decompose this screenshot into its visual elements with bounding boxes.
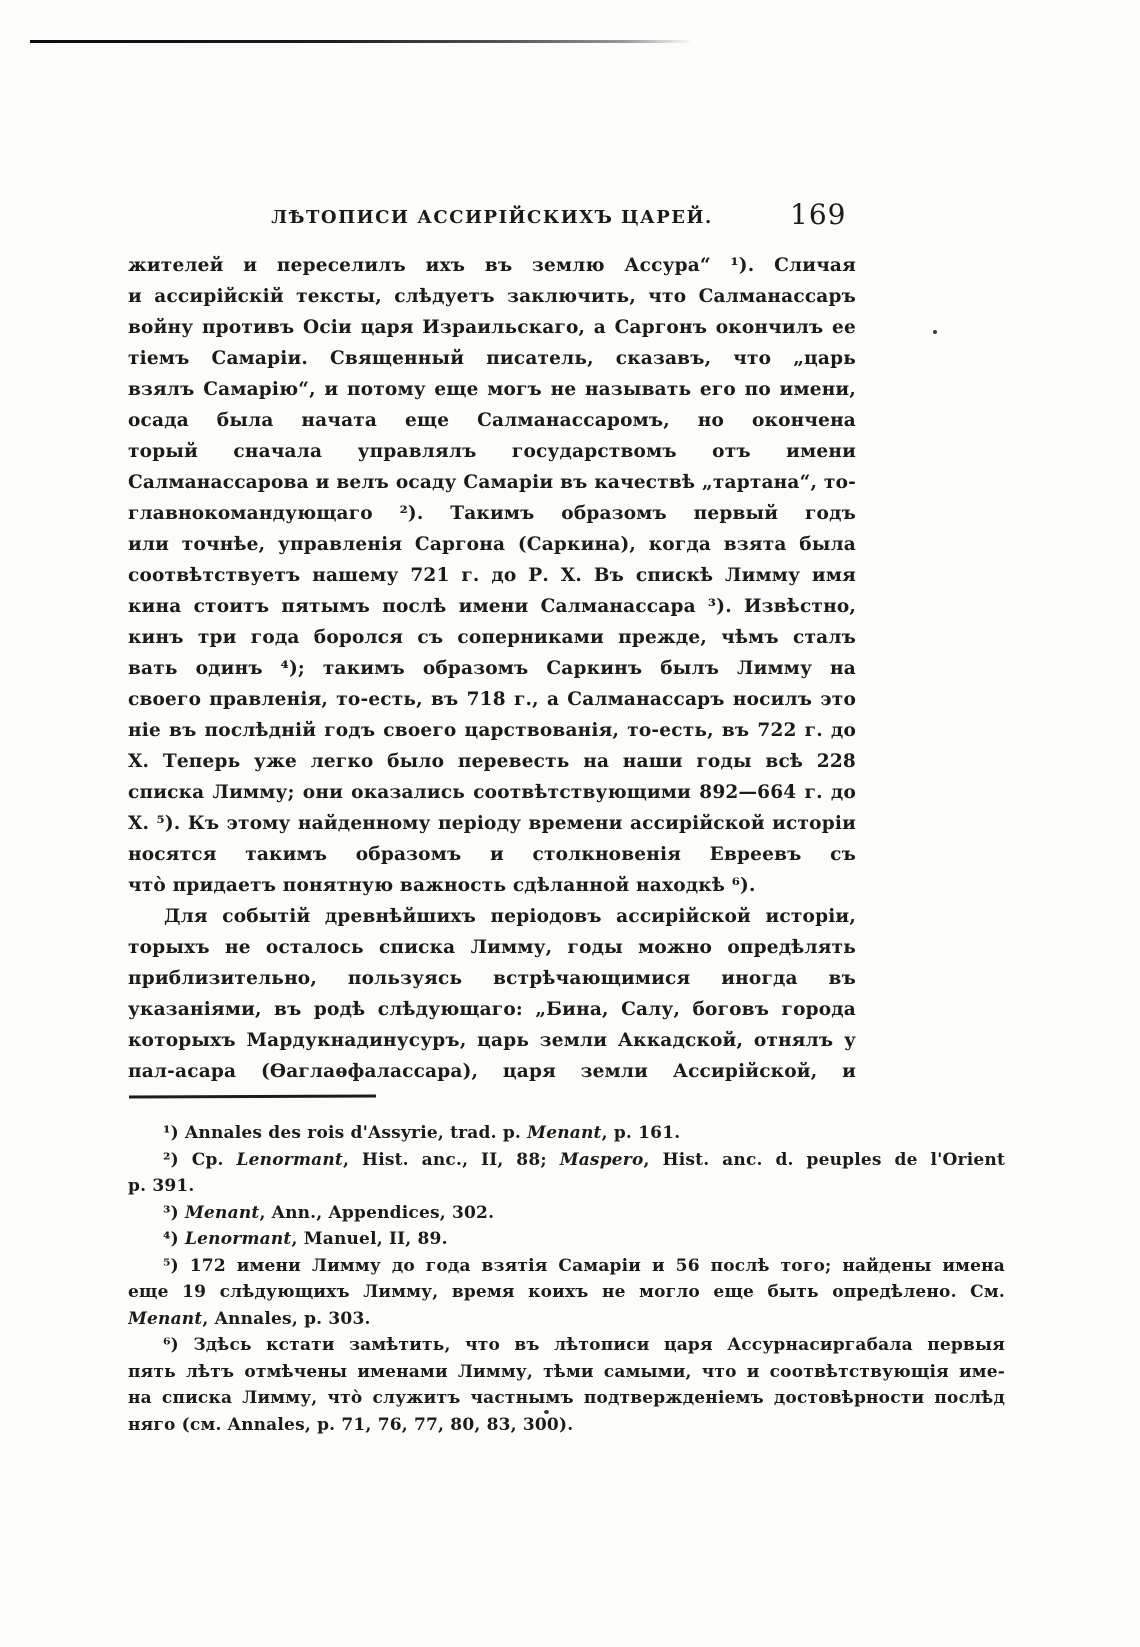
text-line: носятся такимъ образомъ и столкновенія Е…: [128, 839, 856, 870]
text-line: соотвѣтствуетъ нашему 721 г. до Р. Х. Въ…: [128, 560, 856, 591]
text-line: жителей и переселилъ ихъ въ землю Ассура…: [128, 250, 856, 281]
text-line: торыхъ не осталось списка Лимму, годы мо…: [128, 932, 856, 963]
footnote-separator-rule: [129, 1094, 376, 1098]
text-line: торый сначала управлялъ государствомъ от…: [128, 436, 856, 467]
book-page: ЛѢТОПИСИ АССИРІЙСКИХЪ ЦАРЕЙ. 169 жителей…: [0, 0, 1140, 1647]
text-line: Х. Теперь уже легко было перевесть на на…: [128, 746, 856, 777]
text-line: вать одинъ ⁴); такимъ образомъ Саркинъ б…: [128, 653, 856, 684]
text-line: тіемъ Самаріи. Священный писатель, сказа…: [128, 343, 856, 374]
text-line: пал-асара (Ѳаглаѳфалассара), царя земли …: [128, 1056, 856, 1087]
page-number: 169: [790, 198, 846, 231]
text-line: главнокомандующаго ²). Такимъ образомъ п…: [128, 498, 856, 529]
footnote-line: на списка Лимму, что̀ служитъ частнымъ п…: [128, 1385, 1005, 1412]
text-line: которыхъ Мардукнадинусуръ, царь земли Ак…: [128, 1025, 856, 1056]
footnotes: ¹) Annales des rois d'Assyrie, trad. p. …: [128, 1120, 1005, 1438]
footnote-line: ¹) Annales des rois d'Assyrie, trad. p. …: [128, 1120, 1005, 1147]
text-line: Для событій древнѣйшихъ періодовъ ассирі…: [128, 901, 856, 932]
text-line: указаніями, въ родѣ слѣдующаго: „Бина, С…: [128, 994, 856, 1025]
text-line: своего правленія, то-есть, въ 718 г., а …: [128, 684, 856, 715]
text-line: осада была начата еще Салманассаромъ, но…: [128, 405, 856, 436]
footnote-line: ⁴) Lenormant, Manuel, II, 89.: [128, 1226, 1005, 1253]
footnote-line: пять лѣтъ отмѣчены именами Лимму, тѣми с…: [128, 1359, 1005, 1386]
footnote-line: ⁶) Здѣсь кстати замѣтить, что въ лѣтопис…: [128, 1332, 1005, 1359]
footnote-line: ²) Ср. Lenormant, Hist. anc., II, 88; Ma…: [128, 1147, 1005, 1174]
scan-speck: [544, 1410, 549, 1414]
footnote-line: еще 19 слѣдующихъ Лимму, время коихъ не …: [128, 1279, 1005, 1306]
text-line: что̀ придаетъ понятную важность сдѣланно…: [128, 870, 856, 901]
top-rule: [30, 40, 692, 43]
footnote-line: ⁵) 172 имени Лимму до года взятія Самарі…: [128, 1253, 1005, 1280]
body-text: жителей и переселилъ ихъ въ землю Ассура…: [128, 250, 856, 1087]
footnote-line: p. 391.: [128, 1173, 1005, 1200]
text-line: взялъ Самарію“, и потому еще могъ не наз…: [128, 374, 856, 405]
text-line: или точнѣе, управленія Саргона (Саркина)…: [128, 529, 856, 560]
text-line: списка Лимму; они оказались соотвѣтствую…: [128, 777, 856, 808]
scan-speck: [933, 330, 937, 334]
text-line: Салманассарова и велъ осаду Самаріи въ к…: [128, 467, 856, 498]
text-line: и ассирійскій тексты, слѣдуетъ заключить…: [128, 281, 856, 312]
text-line: кинъ три года боролся съ соперниками пре…: [128, 622, 856, 653]
text-line: ніе въ послѣдній годъ своего царствовані…: [128, 715, 856, 746]
footnote-line: няго (см. Annales, p. 71, 76, 77, 80, 83…: [128, 1412, 1005, 1439]
footnote-line: Menant, Annales, p. 303.: [128, 1306, 1005, 1333]
footnote-line: ³) Menant, Ann., Appendices, 302.: [128, 1200, 1005, 1227]
text-line: Х. ⁵). Къ этому найденному періоду време…: [128, 808, 856, 839]
text-line: приблизительно, пользуясь встрѣчающимися…: [128, 963, 856, 994]
running-title: ЛѢТОПИСИ АССИРІЙСКИХЪ ЦАРЕЙ.: [128, 207, 856, 228]
text-line: кина стоитъ пятымъ послѣ имени Салманасс…: [128, 591, 856, 622]
text-line: войну противъ Осіи царя Израильскаго, а …: [128, 312, 856, 343]
